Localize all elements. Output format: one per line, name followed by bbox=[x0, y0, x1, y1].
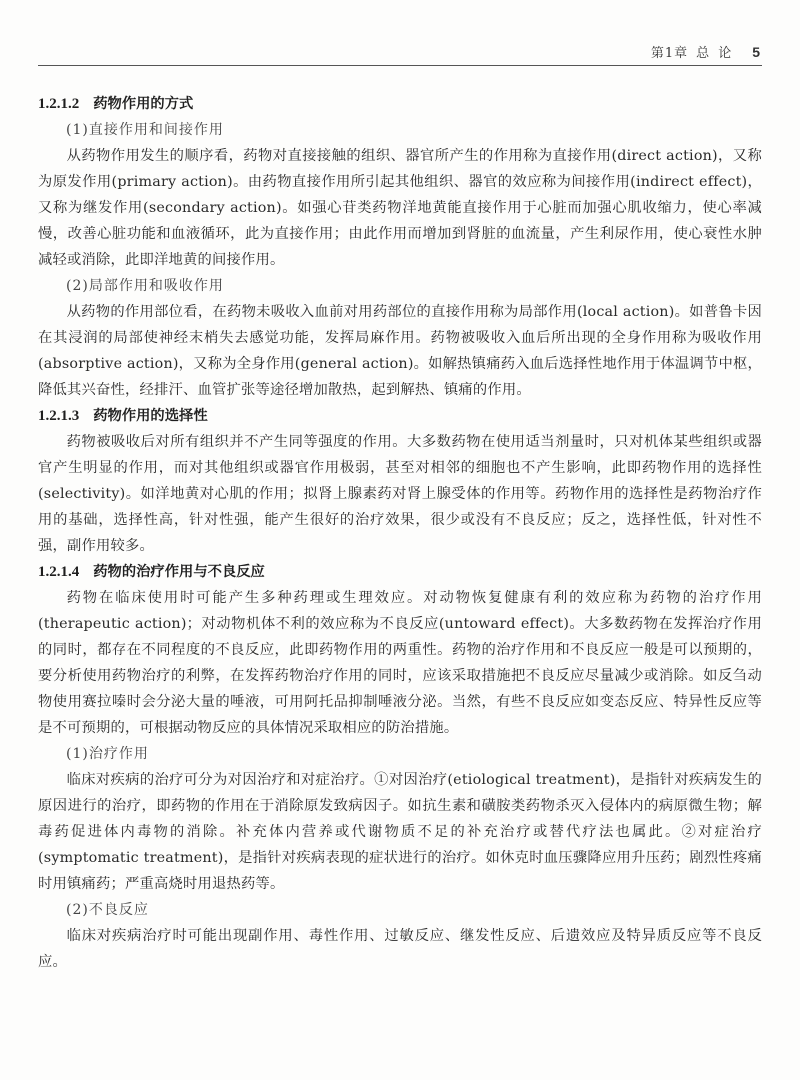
subheading: (1)治疗作用 bbox=[38, 741, 762, 767]
paragraph: 从药物的作用部位看，在药物未吸收入血前对用药部位的直接作用称为局部作用(loca… bbox=[38, 299, 762, 403]
running-header: 第1章总论 5 bbox=[38, 38, 762, 66]
paragraph: 临床对疾病治疗时可能出现副作用、毒性作用、过敏反应、继发性反应、后遗效应及特异质… bbox=[38, 923, 762, 975]
paragraph: 临床对疾病的治疗可分为对因治疗和对症治疗。①对因治疗(etiological t… bbox=[38, 767, 762, 897]
paragraph: 药物在临床使用时可能产生多种药理或生理效应。对动物恢复健康有利的效应称为药物的治… bbox=[38, 585, 762, 741]
section-heading: 1.2.1.3药物作用的选择性 bbox=[38, 403, 762, 429]
chapter-number: 第1章 bbox=[651, 46, 688, 61]
chapter-title: 第1章总论 bbox=[643, 42, 732, 61]
section-heading: 1.2.1.2药物作用的方式 bbox=[38, 91, 762, 117]
subheading: (2)不良反应 bbox=[38, 897, 762, 923]
paragraph: 药物被吸收后对所有组织并不产生同等强度的作用。大多数药物在使用适当剂量时，只对机… bbox=[38, 429, 762, 559]
subheading: (1)直接作用和间接作用 bbox=[38, 117, 762, 143]
subheading: (2)局部作用和吸收作用 bbox=[38, 273, 762, 299]
paragraph: 从药物作用发生的顺序看，药物对直接接触的组织、器官所产生的作用称为直接作用(di… bbox=[38, 143, 762, 273]
section-heading: 1.2.1.4药物的治疗作用与不良反应 bbox=[38, 559, 762, 585]
page-body: 1.2.1.2药物作用的方式 (1)直接作用和间接作用 从药物作用发生的顺序看，… bbox=[38, 91, 762, 975]
page-number: 5 bbox=[752, 44, 760, 60]
